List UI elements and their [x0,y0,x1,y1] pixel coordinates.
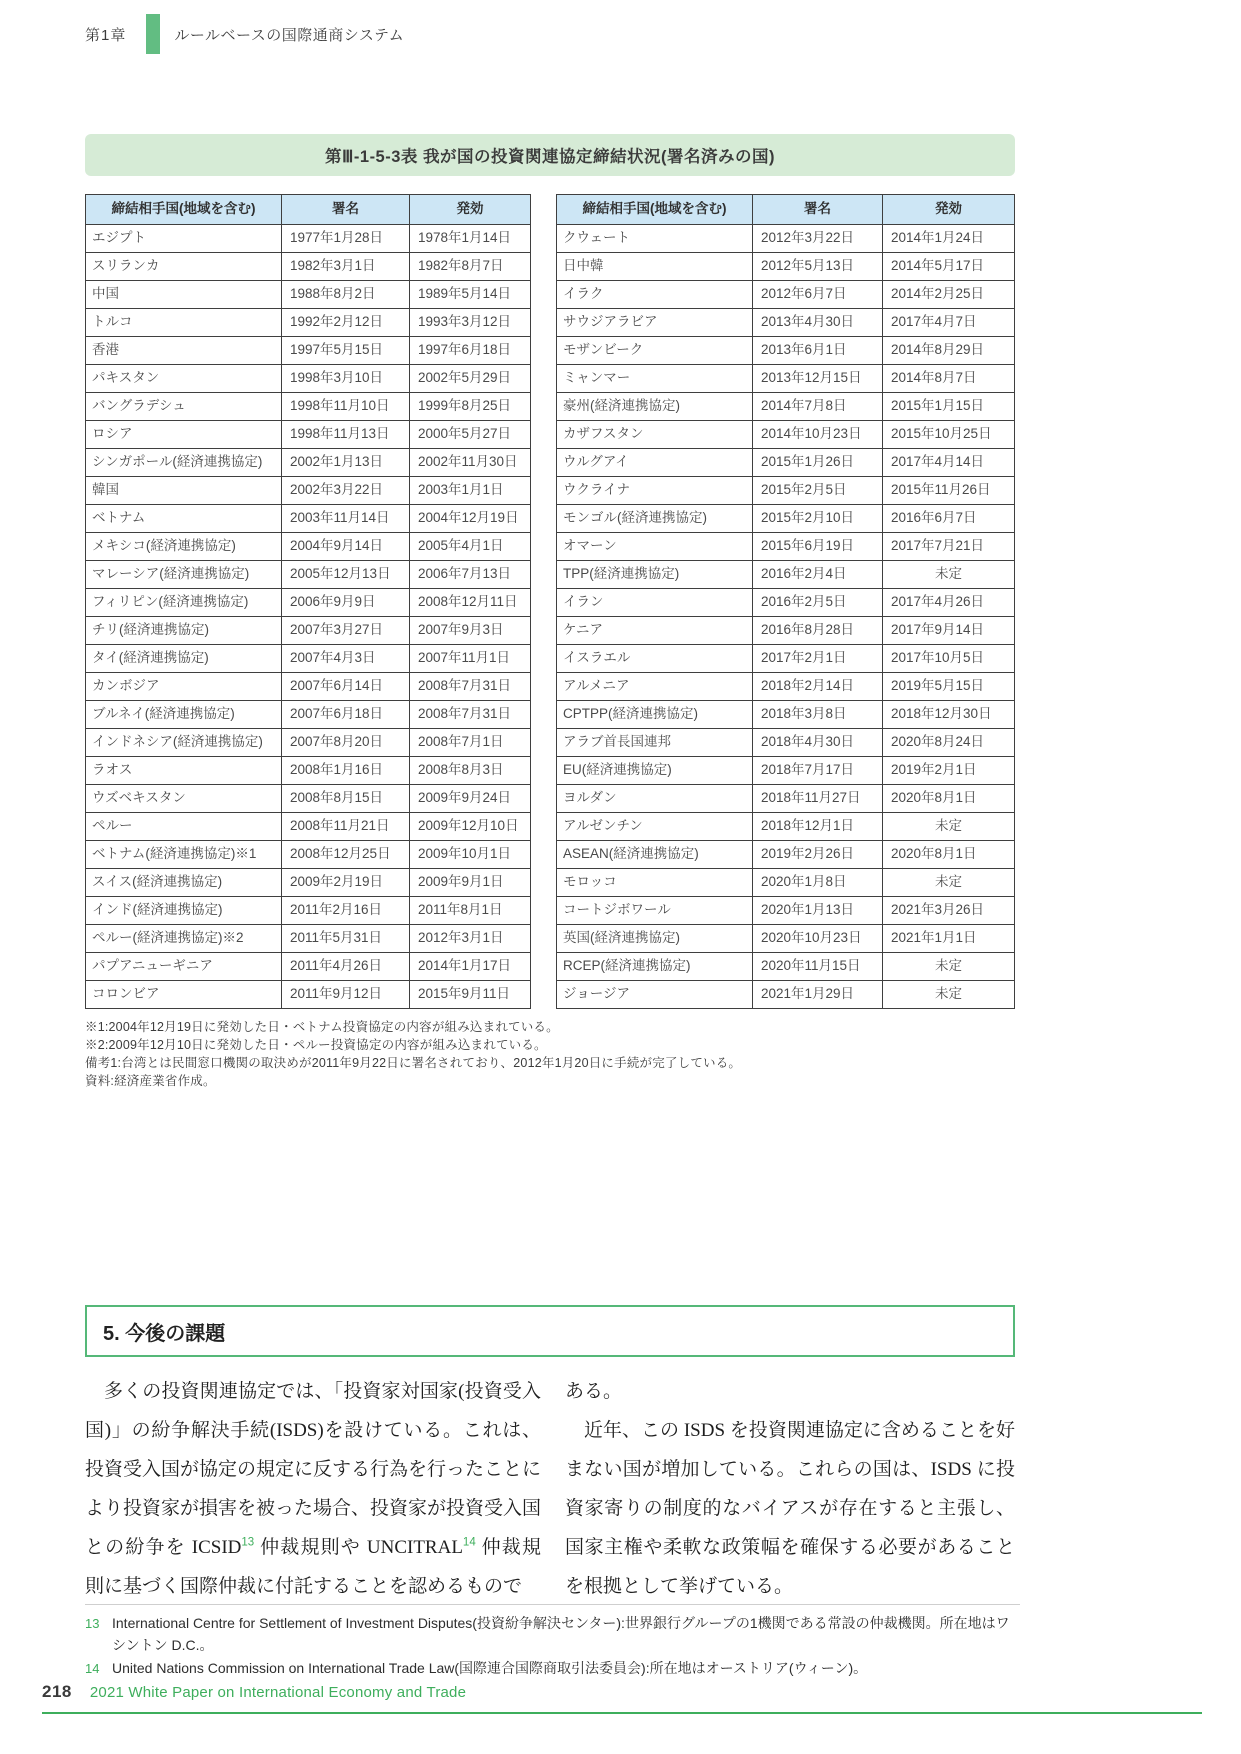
signed-cell: 2007年8月20日 [282,729,410,757]
signed-cell: 2013年6月1日 [753,337,883,365]
table-row: ペルー(経済連携協定)※22011年5月31日2012年3月1日 [86,925,531,953]
effective-cell: 2014年1月24日 [883,225,1015,253]
footnote-ref-14: 14 [463,1537,476,1549]
partner-cell: フィリピン(経済連携協定) [86,589,282,617]
column-header-partner: 締結相手国(地域を含む) [557,195,753,225]
footnotes: 13 International Centre for Settlement o… [85,1604,1020,1682]
partner-cell: ヨルダン [557,785,753,813]
chapter-accent-bar [146,14,160,54]
column-header-partner: 締結相手国(地域を含む) [86,195,282,225]
signed-cell: 2018年3月8日 [753,701,883,729]
effective-cell: 2017年10月5日 [883,645,1015,673]
footnote-14: 14 United Nations Commission on Internat… [85,1658,1020,1680]
signed-cell: 2002年1月13日 [282,449,410,477]
table-row: カンボジア2007年6月14日2008年7月31日 [86,673,531,701]
table-row: オマーン2015年6月19日2017年7月21日 [557,533,1015,561]
partner-cell: モロッコ [557,869,753,897]
signed-cell: 2007年6月18日 [282,701,410,729]
signed-cell: 2021年1月29日 [753,981,883,1009]
effective-cell: 2014年5月17日 [883,253,1015,281]
table-row: ウクライナ2015年2月5日2015年11月26日 [557,477,1015,505]
effective-cell: 2009年12月10日 [410,813,531,841]
table-row: アルゼンチン2018年12月1日未定 [557,813,1015,841]
effective-cell: 2017年4月7日 [883,309,1015,337]
effective-cell: 2009年9月1日 [410,869,531,897]
chapter-label: 第1章 [85,24,126,45]
partner-cell: ペルー [86,813,282,841]
effective-cell: 未定 [883,953,1015,981]
signed-cell: 2011年4月26日 [282,953,410,981]
agreements-table-left: 締結相手国(地域を含む) 署名 発効 エジプト1977年1月28日1978年1月… [85,194,531,1009]
table-row: ラオス2008年1月16日2008年8月3日 [86,757,531,785]
effective-cell: 2019年2月1日 [883,757,1015,785]
signed-cell: 2014年10月23日 [753,421,883,449]
signed-cell: 2020年10月23日 [753,925,883,953]
effective-cell: 2016年6月7日 [883,505,1015,533]
signed-cell: 2012年5月13日 [753,253,883,281]
table-row: アラブ首長国連邦2018年4月30日2020年8月24日 [557,729,1015,757]
partner-cell: サウジアラビア [557,309,753,337]
table-row: サウジアラビア2013年4月30日2017年4月7日 [557,309,1015,337]
agreements-table-right: 締結相手国(地域を含む) 署名 発効 クウェート2012年3月22日2014年1… [556,194,1015,1009]
table-row: ウルグアイ2015年1月26日2017年4月14日 [557,449,1015,477]
signed-cell: 2017年2月1日 [753,645,883,673]
effective-cell: 未定 [883,981,1015,1009]
effective-cell: 2009年10月1日 [410,841,531,869]
table-row: 英国(経済連携協定)2020年10月23日2021年1月1日 [557,925,1015,953]
partner-cell: パキスタン [86,365,282,393]
effective-cell: 2015年10月25日 [883,421,1015,449]
signed-cell: 2013年12月15日 [753,365,883,393]
partner-cell: 香港 [86,337,282,365]
partner-cell: ブルネイ(経済連携協定) [86,701,282,729]
partner-cell: カザフスタン [557,421,753,449]
body-column-left: 多くの投資関連協定では、「投資家対国家(投資受入国)」の紛争解決手続(ISDS)… [85,1372,541,1606]
footnote-number: 13 [85,1613,112,1656]
table-row: ASEAN(経済連携協定)2019年2月26日2020年8月1日 [557,841,1015,869]
partner-cell: ウズベキスタン [86,785,282,813]
effective-cell: 2012年3月1日 [410,925,531,953]
footnote-ref-13: 13 [241,1537,254,1549]
table-row: CPTPP(経済連携協定)2018年3月8日2018年12月30日 [557,701,1015,729]
signed-cell: 2018年12月1日 [753,813,883,841]
footer-title: 2021 White Paper on International Econom… [90,1684,466,1701]
signed-cell: 1998年11月13日 [282,421,410,449]
signed-cell: 2020年1月8日 [753,869,883,897]
table-row: 豪州(経済連携協定)2014年7月8日2015年1月15日 [557,393,1015,421]
table-row: ベトナム(経済連携協定)※12008年12月25日2009年10月1日 [86,841,531,869]
table-row: カザフスタン2014年10月23日2015年10月25日 [557,421,1015,449]
effective-cell: 2018年12月30日 [883,701,1015,729]
partner-cell: カンボジア [86,673,282,701]
table-row: イスラエル2017年2月1日2017年10月5日 [557,645,1015,673]
signed-cell: 2011年5月31日 [282,925,410,953]
partner-cell: CPTPP(経済連携協定) [557,701,753,729]
footnote-text: International Centre for Settlement of I… [112,1613,1020,1656]
partner-cell: ジョージア [557,981,753,1009]
partner-cell: スイス(経済連携協定) [86,869,282,897]
partner-cell: アルメニア [557,673,753,701]
table-row: バングラデシュ1998年11月10日1999年8月25日 [86,393,531,421]
table-row: クウェート2012年3月22日2014年1月24日 [557,225,1015,253]
signed-cell: 1977年1月28日 [282,225,410,253]
signed-cell: 2016年8月28日 [753,617,883,645]
table-row: シンガポール(経済連携協定)2002年1月13日2002年11月30日 [86,449,531,477]
table-row: 日中韓2012年5月13日2014年5月17日 [557,253,1015,281]
partner-cell: エジプト [86,225,282,253]
chapter-title: ルールベースの国際通商システム [174,24,404,45]
effective-cell: 1982年8月7日 [410,253,531,281]
signed-cell: 1988年8月2日 [282,281,410,309]
effective-cell: 2017年7月21日 [883,533,1015,561]
signed-cell: 2018年11月27日 [753,785,883,813]
partner-cell: インド(経済連携協定) [86,897,282,925]
partner-cell: ウルグアイ [557,449,753,477]
signed-cell: 2007年6月14日 [282,673,410,701]
effective-cell: 2003年1月1日 [410,477,531,505]
partner-cell: ケニア [557,617,753,645]
partner-cell: インドネシア(経済連携協定) [86,729,282,757]
column-header-signed: 署名 [753,195,883,225]
signed-cell: 2018年2月14日 [753,673,883,701]
table-row: ヨルダン2018年11月27日2020年8月1日 [557,785,1015,813]
signed-cell: 2008年1月16日 [282,757,410,785]
partner-cell: モンゴル(経済連携協定) [557,505,753,533]
partner-cell: ベトナム [86,505,282,533]
effective-cell: 2014年1月17日 [410,953,531,981]
effective-cell: 2009年9月24日 [410,785,531,813]
tables-row: 締結相手国(地域を含む) 署名 発効 エジプト1977年1月28日1978年1月… [85,194,1015,1009]
signed-cell: 1998年3月10日 [282,365,410,393]
table-row: TPP(経済連携協定)2016年2月4日未定 [557,561,1015,589]
effective-cell: 2007年9月3日 [410,617,531,645]
effective-cell: 2021年1月1日 [883,925,1015,953]
table-row: トルコ1992年2月12日1993年3月12日 [86,309,531,337]
table-row: タイ(経済連携協定)2007年4月3日2007年11月1日 [86,645,531,673]
signed-cell: 1997年5月15日 [282,337,410,365]
column-header-effective: 発効 [883,195,1015,225]
partner-cell: イスラエル [557,645,753,673]
note-line: ※1:2004年12月19日に発効した日・ベトナム投資協定の内容が組み込まれてい… [85,1018,1015,1036]
document-page: 第1章 ルールベースの国際通商システム 第Ⅲ-1-5-3表 我が国の投資関連協定… [0,0,1241,1754]
partner-cell: モザンビーク [557,337,753,365]
table-row: 韓国2002年3月22日2003年1月1日 [86,477,531,505]
table-row: モザンビーク2013年6月1日2014年8月29日 [557,337,1015,365]
page-footer: 218 2021 White Paper on International Ec… [42,1682,466,1702]
partner-cell: ミャンマー [557,365,753,393]
signed-cell: 2012年6月7日 [753,281,883,309]
table-row: ウズベキスタン2008年8月15日2009年9月24日 [86,785,531,813]
table-row: スリランカ1982年3月1日1982年8月7日 [86,253,531,281]
partner-cell: メキシコ(経済連携協定) [86,533,282,561]
signed-cell: 2015年1月26日 [753,449,883,477]
page-number: 218 [42,1682,72,1702]
effective-cell: 2002年11月30日 [410,449,531,477]
signed-cell: 2020年11月15日 [753,953,883,981]
partner-cell: パプアニューギニア [86,953,282,981]
table-row: メキシコ(経済連携協定)2004年9月14日2005年4月1日 [86,533,531,561]
partner-cell: 日中韓 [557,253,753,281]
signed-cell: 2007年4月3日 [282,645,410,673]
body-column-right: ある。 近年、この ISDS を投資関連協定に含めることを好まない国が増加してい… [565,1372,1015,1606]
partner-cell: クウェート [557,225,753,253]
partner-cell: イラン [557,589,753,617]
table-row: イラク2012年6月7日2014年2月25日 [557,281,1015,309]
partner-cell: 韓国 [86,477,282,505]
partner-cell: シンガポール(経済連携協定) [86,449,282,477]
paragraph: 多くの投資関連協定では、「投資家対国家(投資受入国)」の紛争解決手続(ISDS)… [85,1372,541,1606]
effective-cell: 2014年2月25日 [883,281,1015,309]
partner-cell: ウクライナ [557,477,753,505]
effective-cell: 2015年1月15日 [883,393,1015,421]
table-row: モンゴル(経済連携協定)2015年2月10日2016年6月7日 [557,505,1015,533]
table-row: アルメニア2018年2月14日2019年5月15日 [557,673,1015,701]
signed-cell: 1998年11月10日 [282,393,410,421]
partner-cell: チリ(経済連携協定) [86,617,282,645]
column-header-effective: 発効 [410,195,531,225]
table-row: ベトナム2003年11月14日2004年12月19日 [86,505,531,533]
signed-cell: 2003年11月14日 [282,505,410,533]
table-row: ケニア2016年8月28日2017年9月14日 [557,617,1015,645]
table-row: インドネシア(経済連携協定)2007年8月20日2008年7月1日 [86,729,531,757]
signed-cell: 2018年4月30日 [753,729,883,757]
effective-cell: 2017年4月26日 [883,589,1015,617]
chapter-header: 第1章 ルールベースの国際通商システム [85,14,404,54]
signed-cell: 2002年3月22日 [282,477,410,505]
effective-cell: 2007年11月1日 [410,645,531,673]
partner-cell: 中国 [86,281,282,309]
partner-cell: 英国(経済連携協定) [557,925,753,953]
partner-cell: ベトナム(経済連携協定)※1 [86,841,282,869]
effective-cell: 2021年3月26日 [883,897,1015,925]
signed-cell: 2012年3月22日 [753,225,883,253]
signed-cell: 2013年4月30日 [753,309,883,337]
footnote-13: 13 International Centre for Settlement o… [85,1613,1020,1656]
agreements-table-block: 第Ⅲ-1-5-3表 我が国の投資関連協定締結状況(署名済みの国) 締結相手国(地… [85,134,1015,1091]
table-row: パプアニューギニア2011年4月26日2014年1月17日 [86,953,531,981]
table-row: 中国1988年8月2日1989年5月14日 [86,281,531,309]
paragraph: ある。 [565,1372,1015,1411]
partner-cell: 豪州(経済連携協定) [557,393,753,421]
partner-cell: ロシア [86,421,282,449]
effective-cell: 2008年7月31日 [410,701,531,729]
signed-cell: 2011年2月16日 [282,897,410,925]
signed-cell: 2018年7月17日 [753,757,883,785]
partner-cell: タイ(経済連携協定) [86,645,282,673]
partner-cell: RCEP(経済連携協定) [557,953,753,981]
signed-cell: 2007年3月27日 [282,617,410,645]
signed-cell: 1982年3月1日 [282,253,410,281]
table-row: ペルー2008年11月21日2009年12月10日 [86,813,531,841]
effective-cell: 2020年8月24日 [883,729,1015,757]
table-row: マレーシア(経済連携協定)2005年12月13日2006年7月13日 [86,561,531,589]
table-row: ミャンマー2013年12月15日2014年8月7日 [557,365,1015,393]
signed-cell: 2016年2月4日 [753,561,883,589]
effective-cell: 2000年5月27日 [410,421,531,449]
partner-cell: EU(経済連携協定) [557,757,753,785]
table-title-bar: 第Ⅲ-1-5-3表 我が国の投資関連協定締結状況(署名済みの国) [85,134,1015,176]
table-header-row: 締結相手国(地域を含む) 署名 発効 [557,195,1015,225]
signed-cell: 2014年7月8日 [753,393,883,421]
footer-rule [42,1712,1202,1714]
table-header-row: 締結相手国(地域を含む) 署名 発効 [86,195,531,225]
note-line: 資料:経済産業省作成。 [85,1072,1015,1090]
partner-cell: TPP(経済連携協定) [557,561,753,589]
effective-cell: 2008年7月1日 [410,729,531,757]
effective-cell: 1978年1月14日 [410,225,531,253]
table-row: コートジボワール2020年1月13日2021年3月26日 [557,897,1015,925]
table-row: パキスタン1998年3月10日2002年5月29日 [86,365,531,393]
table-row: コロンビア2011年9月12日2015年9月11日 [86,981,531,1009]
table-row: ジョージア2021年1月29日未定 [557,981,1015,1009]
table-row: EU(経済連携協定)2018年7月17日2019年2月1日 [557,757,1015,785]
effective-cell: 2005年4月1日 [410,533,531,561]
effective-cell: 2011年8月1日 [410,897,531,925]
partner-cell: マレーシア(経済連携協定) [86,561,282,589]
signed-cell: 2006年9月9日 [282,589,410,617]
table-row: ブルネイ(経済連携協定)2007年6月18日2008年7月31日 [86,701,531,729]
partner-cell: トルコ [86,309,282,337]
section-heading: 5. 今後の課題 [103,1317,225,1346]
signed-cell: 1992年2月12日 [282,309,410,337]
partner-cell: アルゼンチン [557,813,753,841]
signed-cell: 2011年9月12日 [282,981,410,1009]
signed-cell: 2008年12月25日 [282,841,410,869]
note-line: ※2:2009年12月10日に発効した日・ペルー投資協定の内容が組み込まれている… [85,1036,1015,1054]
partner-cell: コロンビア [86,981,282,1009]
table-row: エジプト1977年1月28日1978年1月14日 [86,225,531,253]
partner-cell: コートジボワール [557,897,753,925]
effective-cell: 2017年9月14日 [883,617,1015,645]
partner-cell: バングラデシュ [86,393,282,421]
effective-cell: 未定 [883,813,1015,841]
table-row: チリ(経済連携協定)2007年3月27日2007年9月3日 [86,617,531,645]
footnote-text: United Nations Commission on Internation… [112,1658,1020,1680]
effective-cell: 2020年8月1日 [883,841,1015,869]
signed-cell: 2015年6月19日 [753,533,883,561]
partner-cell: オマーン [557,533,753,561]
table-row: フィリピン(経済連携協定)2006年9月9日2008年12月11日 [86,589,531,617]
signed-cell: 2009年2月19日 [282,869,410,897]
effective-cell: 2015年11月26日 [883,477,1015,505]
table-row: モロッコ2020年1月8日未定 [557,869,1015,897]
signed-cell: 2005年12月13日 [282,561,410,589]
table-row: ロシア1998年11月13日2000年5月27日 [86,421,531,449]
effective-cell: 2014年8月29日 [883,337,1015,365]
effective-cell: 1999年8月25日 [410,393,531,421]
signed-cell: 2019年2月26日 [753,841,883,869]
effective-cell: 2014年8月7日 [883,365,1015,393]
signed-cell: 2015年2月10日 [753,505,883,533]
effective-cell: 2017年4月14日 [883,449,1015,477]
table-row: イラン2016年2月5日2017年4月26日 [557,589,1015,617]
signed-cell: 2008年8月15日 [282,785,410,813]
section-heading-box: 5. 今後の課題 [85,1305,1015,1357]
effective-cell: 2006年7月13日 [410,561,531,589]
signed-cell: 2004年9月14日 [282,533,410,561]
effective-cell: 2008年8月3日 [410,757,531,785]
effective-cell: 2019年5月15日 [883,673,1015,701]
effective-cell: 2008年7月31日 [410,673,531,701]
partner-cell: ASEAN(経済連携協定) [557,841,753,869]
note-line: 備考1:台湾とは民間窓口機関の取決めが2011年9月22日に署名されており、20… [85,1054,1015,1072]
partner-cell: アラブ首長国連邦 [557,729,753,757]
effective-cell: 未定 [883,869,1015,897]
effective-cell: 2004年12月19日 [410,505,531,533]
table-row: スイス(経済連携協定)2009年2月19日2009年9月1日 [86,869,531,897]
signed-cell: 2015年2月5日 [753,477,883,505]
signed-cell: 2020年1月13日 [753,897,883,925]
effective-cell: 1989年5月14日 [410,281,531,309]
effective-cell: 2008年12月11日 [410,589,531,617]
effective-cell: 未定 [883,561,1015,589]
partner-cell: イラク [557,281,753,309]
effective-cell: 2020年8月1日 [883,785,1015,813]
table-row: RCEP(経済連携協定)2020年11月15日未定 [557,953,1015,981]
column-header-signed: 署名 [282,195,410,225]
paragraph: 近年、この ISDS を投資関連協定に含めることを好まない国が増加している。これ… [565,1411,1015,1606]
effective-cell: 2002年5月29日 [410,365,531,393]
partner-cell: スリランカ [86,253,282,281]
signed-cell: 2016年2月5日 [753,589,883,617]
signed-cell: 2008年11月21日 [282,813,410,841]
footnote-number: 14 [85,1658,112,1680]
table-notes: ※1:2004年12月19日に発効した日・ベトナム投資協定の内容が組み込まれてい… [85,1018,1015,1091]
table-row: インド(経済連携協定)2011年2月16日2011年8月1日 [86,897,531,925]
partner-cell: ラオス [86,757,282,785]
effective-cell: 1993年3月12日 [410,309,531,337]
table-row: 香港1997年5月15日1997年6月18日 [86,337,531,365]
partner-cell: ペルー(経済連携協定)※2 [86,925,282,953]
effective-cell: 2015年9月11日 [410,981,531,1009]
effective-cell: 1997年6月18日 [410,337,531,365]
